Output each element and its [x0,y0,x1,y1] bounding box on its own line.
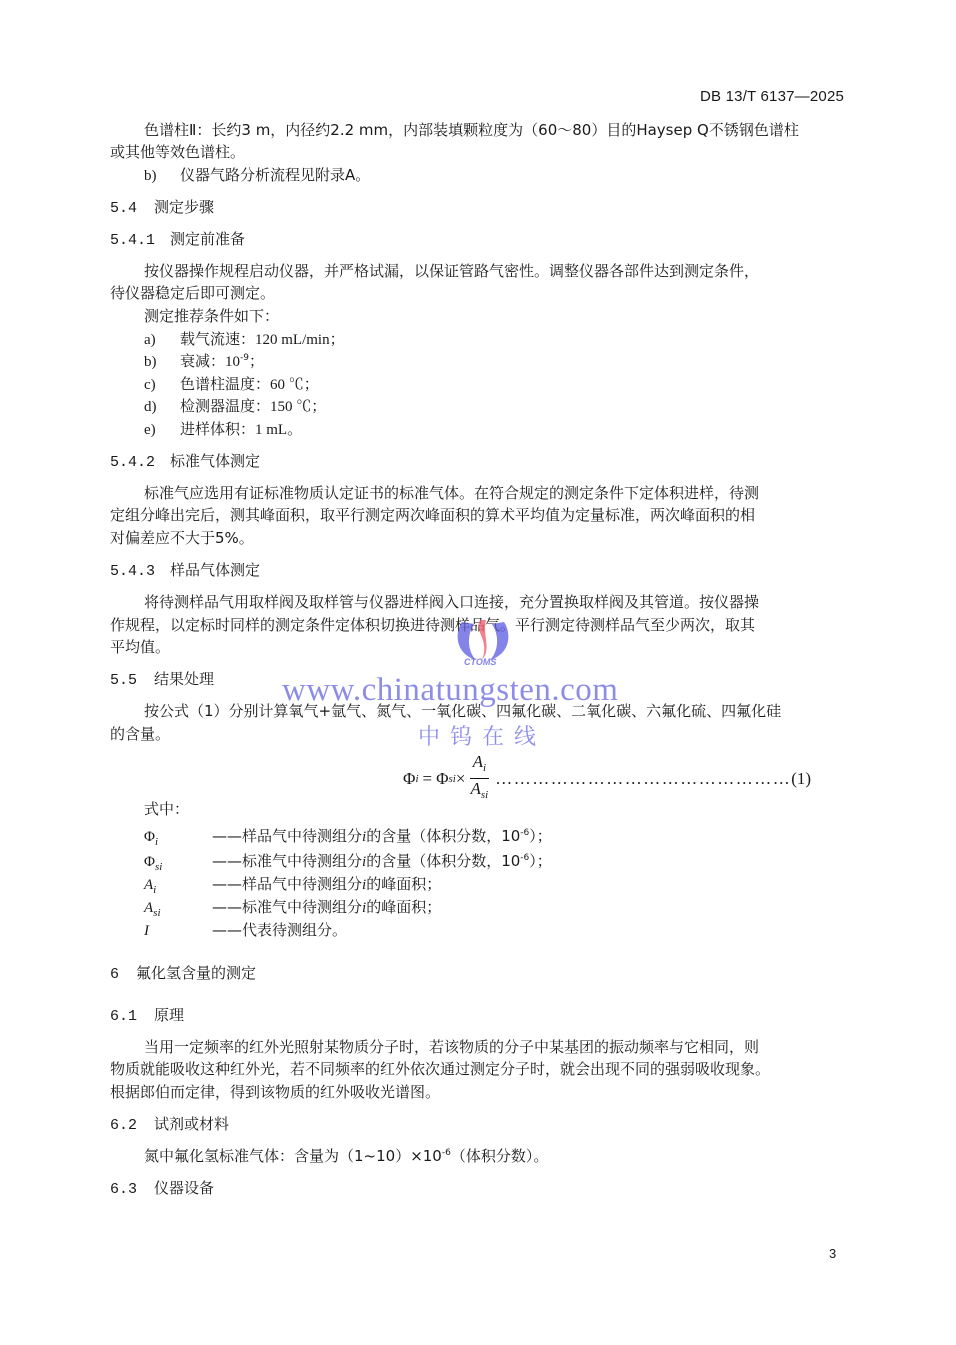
symbol-sub: i [153,884,156,896]
paragraph-line: 色谱柱Ⅱ：长约3 m，内径约2.2 mm，内部装填颗粒度为（60～80）目的Ha… [144,119,799,141]
symbol-desc: 的含量（体积分数，10 [366,852,520,870]
list-letter: b) [144,351,180,373]
exponent: -6 [442,1148,451,1158]
condition-item: b)衰减：10-9； [144,350,264,373]
where-label: 式中： [144,798,189,820]
symbol-sub: i [155,836,158,848]
condition-item: d)检测器温度：150 ℃； [144,395,326,418]
section-heading-6-1: 6.1原理 [110,1004,184,1028]
paragraph-line: 标准气应选用有证标准物质认定证书的标准气体。在符合规定的测定条件下定体积进样，待… [144,482,759,504]
symbol-desc: ——样品气中待测组分 [212,875,362,893]
watermark-logo-text: CTOMS [464,657,496,667]
numerator-sub: i [483,762,486,774]
list-letter: d) [144,396,180,418]
exponent: -6 [520,853,529,863]
section-heading-6-2: 6.2试剂或材料 [110,1113,229,1137]
section-number: 5.4.2 [110,452,170,474]
section-heading-5-4-2: 5.4.2标准气体测定 [110,450,260,474]
list-text: 色谱柱温度：60 ℃； [180,377,319,393]
symbol-char: Φ [144,829,155,845]
section-number: 5.4.1 [110,230,170,252]
section-title: 样品气体测定 [170,561,260,579]
section-number: 6.1 [110,1006,154,1028]
symbol: I [144,920,212,942]
paragraph-line: 当用一定频率的红外光照射某物质分子时，若该物质的分子中某基团的振动频率与它相同，… [144,1036,759,1058]
section-title: 测定前准备 [170,230,245,248]
paragraph-line: 的含量。 [110,723,170,745]
section-number: 6.2 [110,1115,154,1137]
list-letter: b) [144,165,180,187]
paragraph-line: 作规程，以定标时同样的测定条件定体积切换进待测样品气。平行测定待测样品气至少两次… [110,614,755,636]
symbol: Φi [144,826,212,853]
list-letter: c) [144,374,180,396]
list-text: 载气流速：120 mL/min； [180,332,345,348]
watermark-chinese: 中钨在线 [418,720,546,751]
paragraph-line: 对偏差应不大于5%。 [110,527,254,549]
section-number: 5.4 [110,198,154,220]
exponent: -6 [520,828,529,838]
formula-label: (1) [791,769,811,789]
list-item: b)仪器气路分析流程见附录A。 [144,164,370,187]
section-heading-5-4-1: 5.4.1测定前准备 [110,228,245,252]
formula-lhs: Φ [403,769,415,789]
paragraph-text: （体积分数）。 [451,1147,549,1165]
document-page: DB 13/T 6137—2025 色谱柱Ⅱ：长约3 m，内径约2.2 mm，内… [0,0,956,1345]
list-letter: a) [144,329,180,351]
symbol-char: A [144,877,153,893]
symbol-definition: Φi——样品气中待测组分i的含量（体积分数，10-6）； [144,825,552,853]
section-number: 5.4.3 [110,561,170,583]
symbol-desc: 的峰面积； [366,898,441,916]
denominator-symbol: A [470,779,480,798]
symbol-desc: ——样品气中待测组分 [212,827,362,845]
symbol-desc: ——标准气中待测组分 [212,852,362,870]
denominator-sub: si [481,789,488,801]
paragraph-line: 或其他等效色谱柱。 [110,141,245,163]
exponent: -9 [240,353,249,363]
paragraph-line: 按仪器操作规程启动仪器，并严格试漏，以保证管路气密性。调整仪器各部件达到测定条件… [144,260,759,282]
list-letter: e) [144,419,180,441]
formula-lhs-sub: i [415,773,418,785]
paragraph-line: 根据郎伯而定律，得到该物质的红外吸收光谱图。 [110,1081,440,1103]
formula-coef-sub: si [449,773,456,785]
section-heading-5-4: 5.4测定步骤 [110,196,214,220]
section-title: 结果处理 [154,670,214,688]
formula-leader-dots: ………………………………………… [495,769,791,789]
watermark-url: www.chinatungsten.com [282,672,618,709]
paragraph-line: 测定推荐条件如下： [144,305,279,327]
symbol-desc: ——标准气中待测组分 [212,898,362,916]
section-title: 标准气体测定 [170,452,260,470]
section-title: 仪器设备 [154,1179,214,1197]
symbol-sub: si [155,861,162,873]
list-text: 仪器气路分析流程见附录A。 [180,166,370,184]
formula-coef: Φ [436,769,448,789]
paragraph-text: 氮中氟化氢标准气体：含量为（1~10）×10 [144,1147,442,1165]
list-text: 检测器温度：150 ℃； [180,399,326,415]
symbol-desc: ）； [529,827,552,845]
section-title: 原理 [154,1006,184,1024]
symbol-sub: si [153,907,160,919]
paragraph-line: 将待测样品气用取样阀及取样管与仪器进样阀入口连接，充分置换取样阀及其管道。按仪器… [144,591,759,613]
page-number: 3 [829,1246,836,1261]
section-title: 测定步骤 [154,198,214,216]
section-title: 氟化氢含量的测定 [136,964,256,982]
section-title: 试剂或材料 [154,1115,229,1133]
fraction-numerator: Ai [470,752,489,779]
numerator-symbol: A [473,752,483,771]
section-number: 5.5 [110,670,154,692]
paragraph-line: 物质就能吸收这种红外光，若不同频率的红外依次通过测定分子时，就会出现不同的强弱吸… [110,1058,770,1080]
formula-times: × [456,769,466,789]
symbol-definition: I——代表待测组分。 [144,919,347,942]
symbol-desc: 的含量（体积分数，10 [366,827,520,845]
list-text: 衰减：10 [180,354,240,370]
formula-equals: = [423,769,433,789]
section-heading-5-5: 5.5结果处理 [110,668,214,692]
list-text: 进样体积：1 mL。 [180,422,302,438]
section-heading-5-4-3: 5.4.3样品气体测定 [110,559,260,583]
section-number: 6.3 [110,1179,154,1201]
condition-item: c)色谱柱温度：60 ℃； [144,373,319,396]
formula-fraction: Ai Asi [467,752,491,805]
symbol-char: A [144,900,153,916]
paragraph-line: 待仪器稳定后即可测定。 [110,282,275,304]
condition-item: e)进样体积：1 mL。 [144,418,302,441]
paragraph-line: 平均值。 [110,636,170,658]
section-heading-6: 6氟化氢含量的测定 [110,962,256,986]
symbol-char: Φ [144,854,155,870]
formula-1: Φi = Φsi × Ai Asi ………………………………………… (1) [403,752,811,805]
section-heading-6-3: 6.3仪器设备 [110,1177,214,1201]
list-text-end: ； [249,352,264,370]
symbol-desc: ）； [529,852,552,870]
section-number: 6 [110,964,136,986]
standard-code: DB 13/T 6137—2025 [700,88,844,105]
symbol-desc: 的峰面积； [366,875,441,893]
paragraph-line: 定组分峰出完后，测其峰面积，取平行测定两次峰面积的算术平均值为定量标准，两次峰面… [110,504,755,526]
symbol-desc: ——代表待测组分。 [212,921,347,939]
symbol-char: I [144,923,149,939]
paragraph-line: 氮中氟化氢标准气体：含量为（1~10）×10-6（体积分数）。 [144,1145,548,1167]
condition-item: a)载气流速：120 mL/min； [144,328,345,351]
fraction-denominator: Asi [467,779,491,805]
